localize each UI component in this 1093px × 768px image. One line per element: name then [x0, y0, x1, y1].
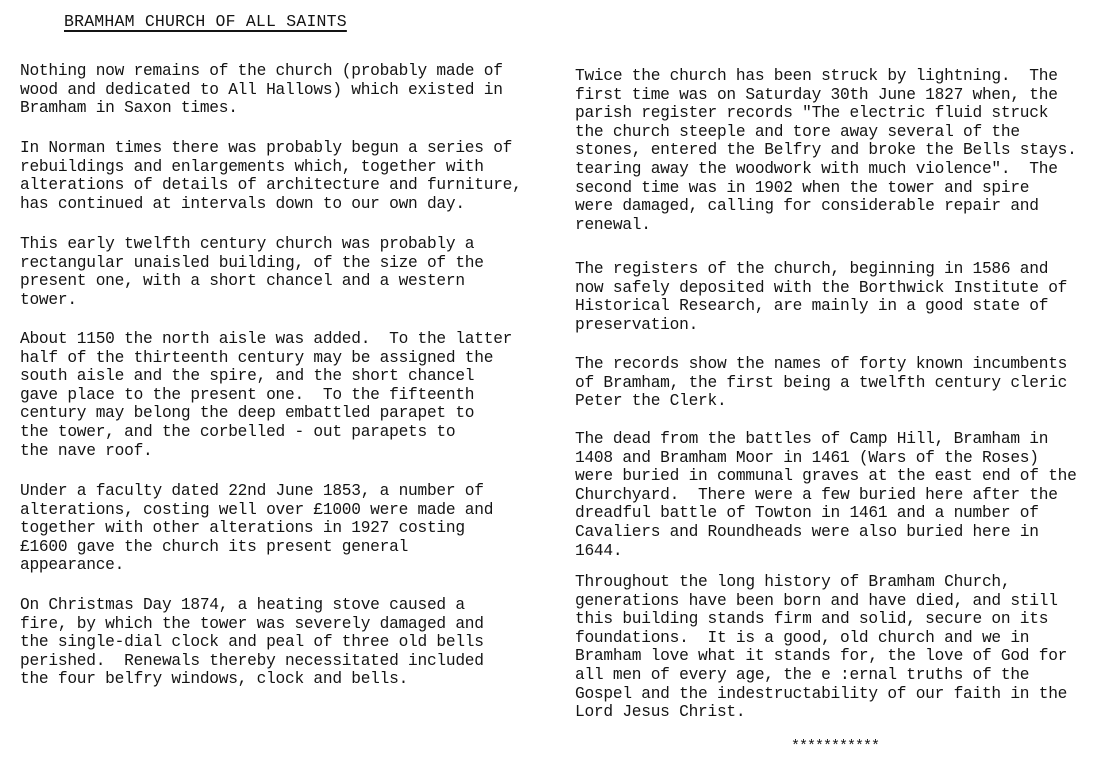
- paragraph-battle-dead: The dead from the battles of Camp Hill, …: [575, 430, 1077, 560]
- text-line: Bramham love what it stands for, the lov…: [575, 647, 1067, 666]
- paragraph-faculty-alterations: Under a faculty dated 22nd June 1853, a …: [20, 482, 493, 575]
- text-line: The dead from the battles of Camp Hill, …: [575, 430, 1077, 449]
- text-line: Bramham in Saxon times.: [20, 99, 503, 118]
- text-line: The records show the names of forty know…: [575, 355, 1067, 374]
- text-line: the nave roof.: [20, 442, 512, 461]
- paragraph-lightning: Twice the church has been struck by ligh…: [575, 67, 1077, 234]
- text-line: Gospel and the indestructability of our …: [575, 685, 1067, 704]
- text-line: stones, entered the Belfry and broke the…: [575, 141, 1077, 160]
- paragraph-saxon-origins: Nothing now remains of the church (proba…: [20, 62, 503, 118]
- end-marker: ***********: [791, 738, 879, 755]
- text-line: the tower, and the corbelled - out parap…: [20, 423, 512, 442]
- text-line: second time was in 1902 when the tower a…: [575, 179, 1077, 198]
- text-line: perished. Renewals thereby necessitated …: [20, 652, 484, 671]
- text-line: alterations, costing well over £1000 wer…: [20, 501, 493, 520]
- text-line: Historical Research, are mainly in a goo…: [575, 297, 1067, 316]
- text-line: rebuildings and enlargements which, toge…: [20, 158, 522, 177]
- text-line: £1600 gave the church its present genera…: [20, 538, 493, 557]
- text-line: the four belfry windows, clock and bells…: [20, 670, 484, 689]
- paragraph-norman-rebuilding: In Norman times there was probably begun…: [20, 139, 522, 213]
- paragraph-registers: The registers of the church, beginning i…: [575, 260, 1067, 334]
- text-line: Lord Jesus Christ.: [575, 703, 1067, 722]
- text-line: of Bramham, the first being a twelfth ce…: [575, 374, 1067, 393]
- text-line: half of the thirteenth century may be as…: [20, 349, 512, 368]
- text-line: has continued at intervals down to our o…: [20, 195, 522, 214]
- text-line: parish register records "The electric fl…: [575, 104, 1077, 123]
- text-line: Nothing now remains of the church (proba…: [20, 62, 503, 81]
- text-line: wood and dedicated to All Hallows) which…: [20, 81, 503, 100]
- text-line: preservation.: [575, 316, 1067, 335]
- text-line: About 1150 the north aisle was added. To…: [20, 330, 512, 349]
- text-line: alterations of details of architecture a…: [20, 176, 522, 195]
- text-line: Churchyard. There were a few buried here…: [575, 486, 1077, 505]
- paragraph-closing: Throughout the long history of Bramham C…: [575, 573, 1067, 722]
- text-line: appearance.: [20, 556, 493, 575]
- text-line: tower.: [20, 291, 484, 310]
- text-line: generations have been born and have died…: [575, 592, 1067, 611]
- paragraph-incumbents: The records show the names of forty know…: [575, 355, 1067, 411]
- paragraph-twelfth-century: This early twelfth century church was pr…: [20, 235, 484, 309]
- text-line: present one, with a short chancel and a …: [20, 272, 484, 291]
- text-line: The registers of the church, beginning i…: [575, 260, 1067, 279]
- text-line: all men of every age, the e :ernal truth…: [575, 666, 1067, 685]
- text-line: together with other alterations in 1927 …: [20, 519, 493, 538]
- text-line: first time was on Saturday 30th June 182…: [575, 86, 1077, 105]
- text-line: Twice the church has been struck by ligh…: [575, 67, 1077, 86]
- paragraph-aisles-and-spire: About 1150 the north aisle was added. To…: [20, 330, 512, 460]
- document-title: BRAMHAM CHURCH OF ALL SAINTS: [64, 12, 347, 31]
- text-line: In Norman times there was probably begun…: [20, 139, 522, 158]
- text-line: were damaged, calling for considerable r…: [575, 197, 1077, 216]
- text-line: the single-dial clock and peal of three …: [20, 633, 484, 652]
- text-line: On Christmas Day 1874, a heating stove c…: [20, 596, 484, 615]
- text-line: 1408 and Bramham Moor in 1461 (Wars of t…: [575, 449, 1077, 468]
- text-line: gave place to the present one. To the fi…: [20, 386, 512, 405]
- text-line: the church steeple and tore away several…: [575, 123, 1077, 142]
- text-line: tearing away the woodwork with much viol…: [575, 160, 1077, 179]
- text-line: this building stands firm and solid, sec…: [575, 610, 1067, 629]
- text-line: Peter the Clerk.: [575, 392, 1067, 411]
- text-line: Under a faculty dated 22nd June 1853, a …: [20, 482, 493, 501]
- text-line: Cavaliers and Roundheads were also burie…: [575, 523, 1077, 542]
- text-line: century may belong the deep embattled pa…: [20, 404, 512, 423]
- paragraph-christmas-fire: On Christmas Day 1874, a heating stove c…: [20, 596, 484, 689]
- text-line: rectangular unaisled building, of the si…: [20, 254, 484, 273]
- text-line: fire, by which the tower was severely da…: [20, 615, 484, 634]
- text-line: south aisle and the spire, and the short…: [20, 367, 512, 386]
- text-line: dreadful battle of Towton in 1461 and a …: [575, 504, 1077, 523]
- text-line: now safely deposited with the Borthwick …: [575, 279, 1067, 298]
- text-line: were buried in communal graves at the ea…: [575, 467, 1077, 486]
- text-line: This early twelfth century church was pr…: [20, 235, 484, 254]
- text-line: Throughout the long history of Bramham C…: [575, 573, 1067, 592]
- text-line: foundations. It is a good, old church an…: [575, 629, 1067, 648]
- text-line: 1644.: [575, 542, 1077, 561]
- text-line: renewal.: [575, 216, 1077, 235]
